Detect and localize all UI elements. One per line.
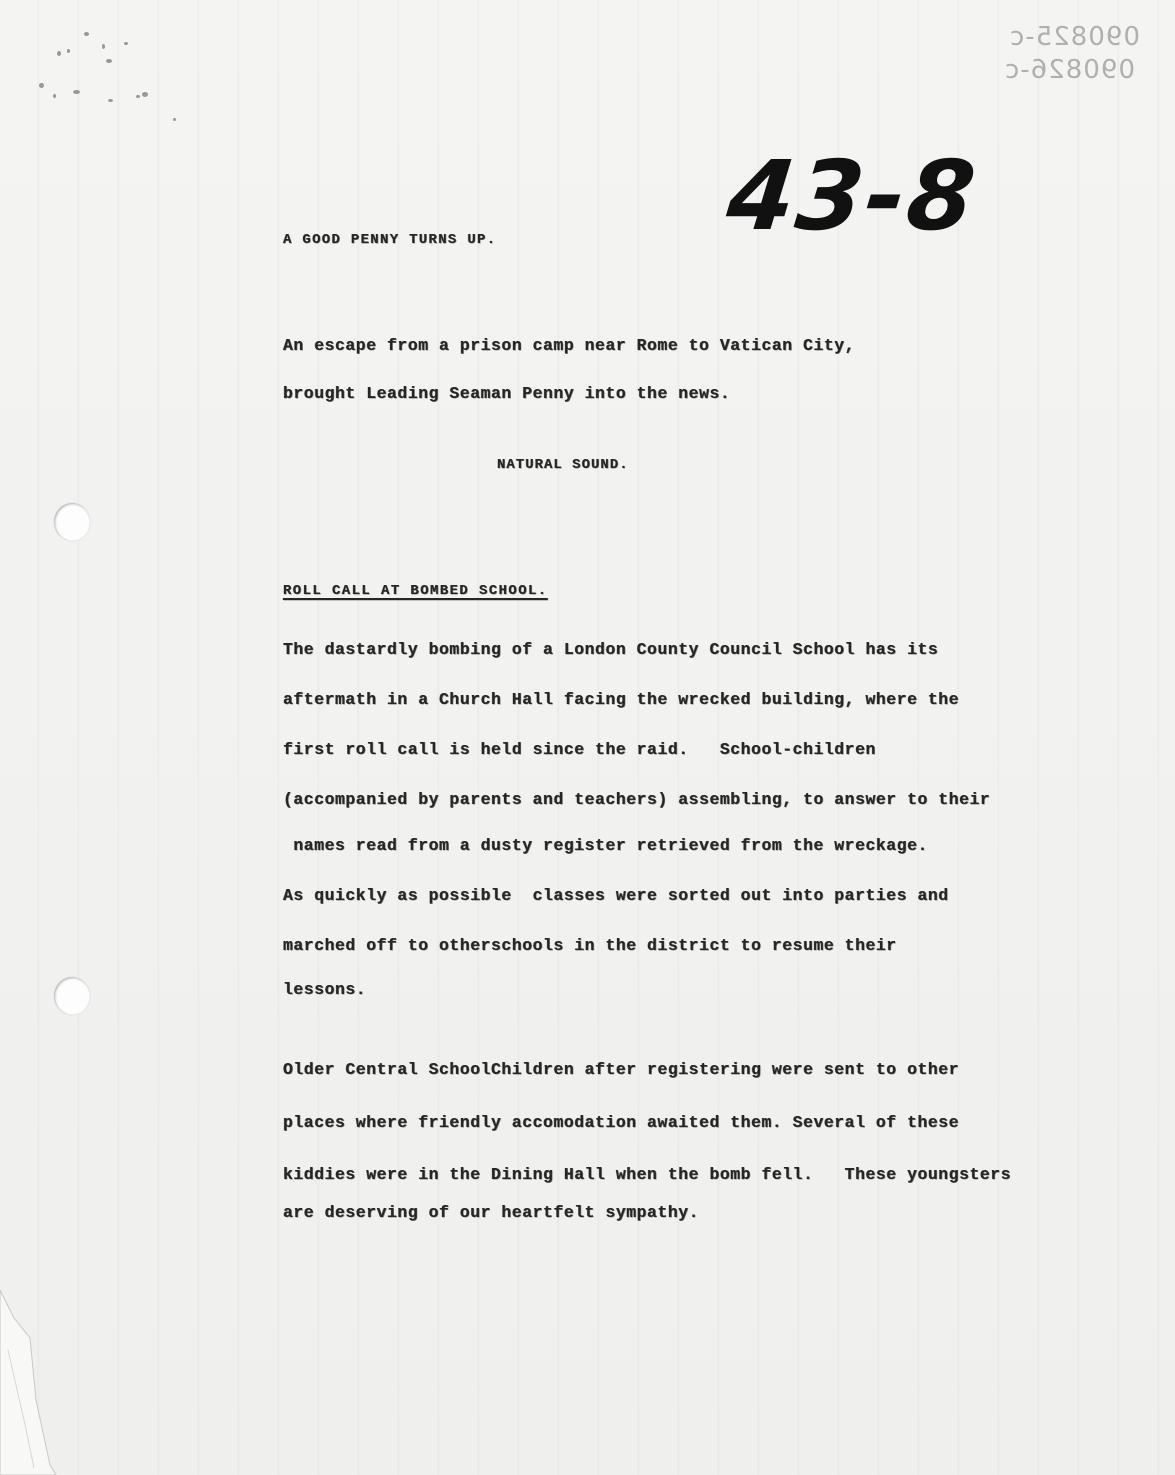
sound-cue: NATURAL SOUND.	[497, 457, 629, 473]
story-text-line: kiddies were in the Dining Hall when the…	[283, 1165, 1011, 1184]
story-text-line: aftermath in a Church Hall facing the wr…	[283, 690, 959, 709]
story-title: A GOOD PENNY TURNS UP.	[283, 232, 496, 248]
story-text-line: The dastardly bombing of a London County…	[283, 640, 938, 659]
bleed-through-mark: 090826-c	[1004, 57, 1135, 83]
story-text-line: marched off to otherschools in the distr…	[283, 936, 897, 955]
story-text-line: brought Leading Seaman Penny into the ne…	[283, 384, 730, 403]
torn-paper-edge	[0, 1290, 60, 1475]
punch-hole	[54, 977, 90, 1015]
story-text-line: places where friendly accomodation await…	[283, 1113, 959, 1132]
story-text-line: As quickly as possible classes were sort…	[283, 886, 949, 905]
scanned-document-page: 090825-c 090826-c 43-8 A GOOD PENNY TURN…	[0, 0, 1175, 1475]
story-text-line: lessons.	[283, 980, 366, 999]
story-title: ROLL CALL AT BOMBED SCHOOL.	[283, 583, 548, 599]
punch-hole	[54, 503, 90, 541]
story-text-line: Older Central SchoolChildren after regis…	[283, 1060, 959, 1079]
story-text-line: An escape from a prison camp near Rome t…	[283, 336, 855, 355]
story-text-line: (accompanied by parents and teachers) as…	[283, 790, 990, 809]
bleed-through-mark: 090825-c	[1009, 24, 1140, 50]
story-text-line: are deserving of our heartfelt sympathy.	[283, 1203, 699, 1222]
handwritten-reference-number: 43-8	[723, 148, 981, 244]
story-text-line: first roll call is held since the raid. …	[283, 740, 876, 759]
story-text-line: names read from a dusty register retriev…	[283, 836, 928, 855]
